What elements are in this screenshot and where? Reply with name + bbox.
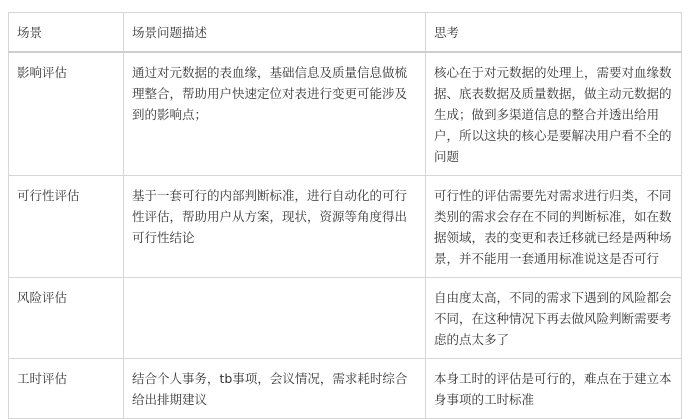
cell-scene: 风险评估 [9, 278, 124, 359]
header-scene: 场景 [9, 13, 124, 53]
table-header-row: 场景 场景问题描述 思考 [9, 13, 682, 53]
header-thinking: 思考 [426, 13, 682, 53]
cell-thinking: 自由度太高，不同的需求下遇到的风险都会不同，在这种情况下再去做风险判断需要考虑的… [426, 278, 682, 359]
table-row: 风险评估 自由度太高，不同的需求下遇到的风险都会不同，在这种情况下再去做风险判断… [9, 278, 682, 359]
cell-thinking: 可行性的评估需要先对需求进行归类，不同类别的需求会存在不同的判断标准，如在数据领… [426, 176, 682, 278]
cell-description [124, 278, 426, 359]
cell-description: 结合个人事务，tb事项，会议情况，需求耗时综合给出排期建议 [124, 359, 426, 399]
cell-description: 通过对元数据的表血缘，基础信息及质量信息做梳理整合，帮助用户快速定位对表进行变更… [124, 52, 426, 176]
cell-scene: 工时评估 [9, 359, 124, 399]
table-row: 工时评估 结合个人事务，tb事项，会议情况，需求耗时综合给出排期建议 本身工时的… [9, 359, 682, 399]
cell-scene: 可行性评估 [9, 176, 124, 278]
table-row: 影响评估 通过对元数据的表血缘，基础信息及质量信息做梳理整合，帮助用户快速定位对… [9, 52, 682, 176]
scenario-table: 场景 场景问题描述 思考 影响评估 通过对元数据的表血缘，基础信息及质量信息做梳… [8, 12, 682, 398]
table-row: 可行性评估 基于一套可行的内部判断标准，进行自动化的可行性评估，帮助用户从方案，… [9, 176, 682, 278]
cell-scene: 影响评估 [9, 52, 124, 176]
cell-description: 基于一套可行的内部判断标准，进行自动化的可行性评估，帮助用户从方案，现状，资源等… [124, 176, 426, 278]
cell-thinking: 核心在于对元数据的处理上，需要对血缘数据、底表数据及质量数据，做主动元数据的生成… [426, 52, 682, 176]
header-description: 场景问题描述 [124, 13, 426, 53]
cell-thinking: 本身工时的评估是可行的，难点在于建立本身事项的工时标准 [426, 359, 682, 399]
